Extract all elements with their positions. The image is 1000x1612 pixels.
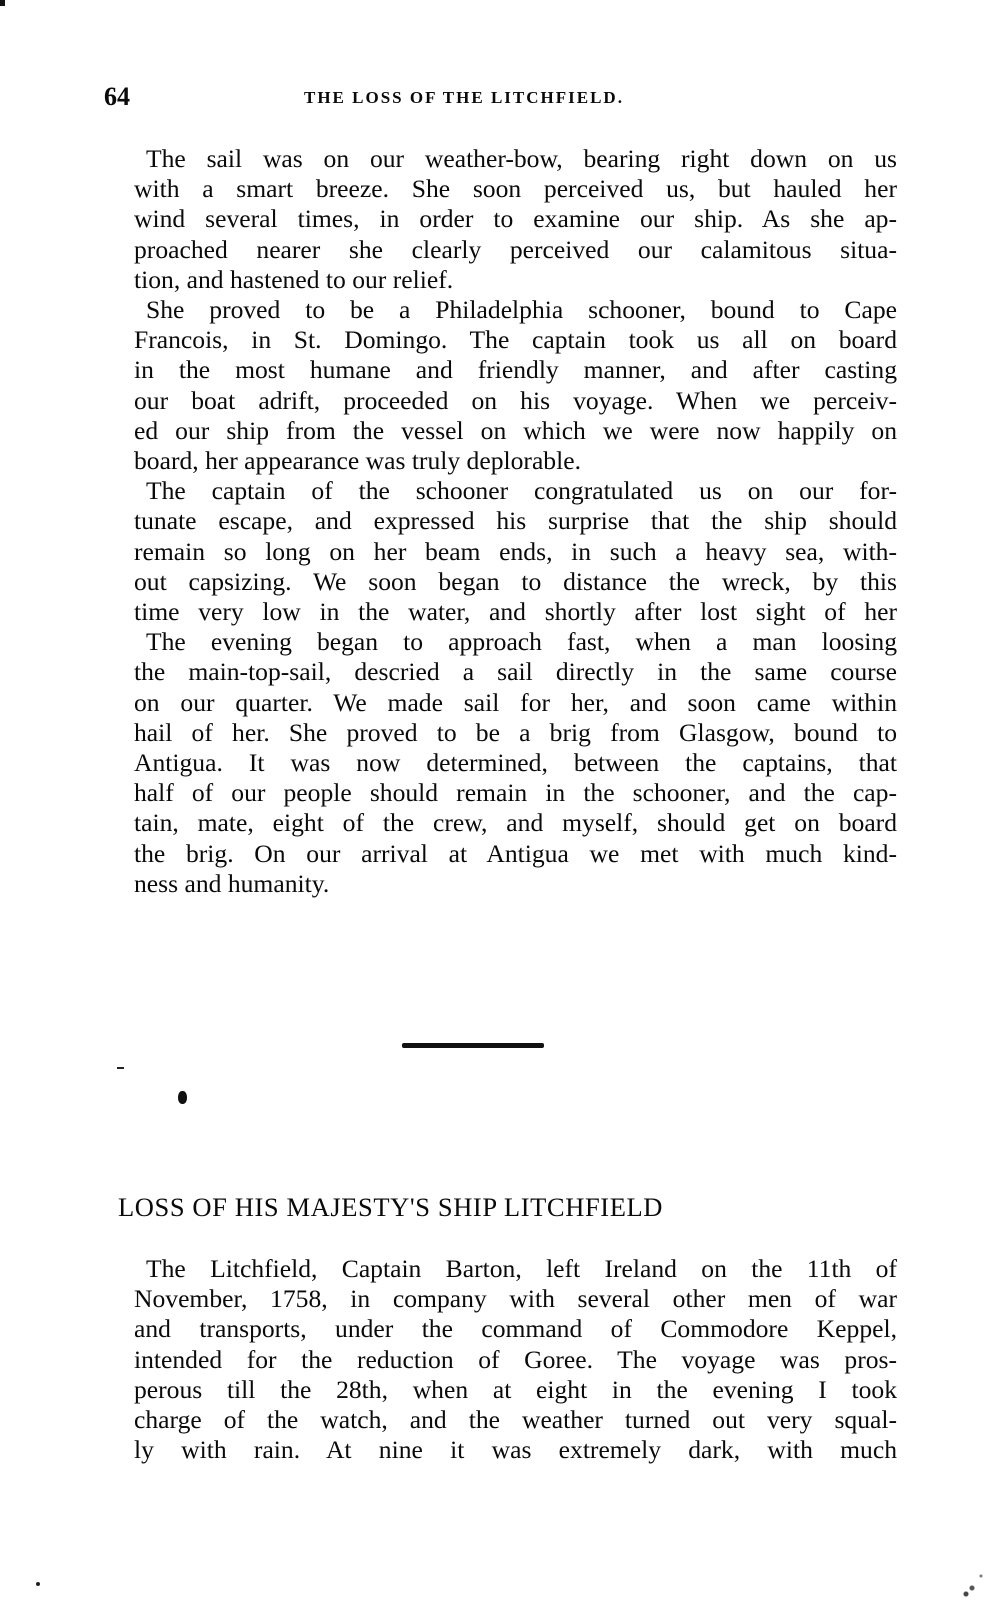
text-line: proached nearer she clearly perceived ou… — [122, 235, 897, 265]
scan-artifact — [0, 0, 5, 6]
text-line: Francois, in St. Domingo. The captain to… — [122, 325, 897, 355]
text-line: Antigua. It was now determined, between … — [122, 748, 897, 778]
text-line: in the most humane and friendly manner, … — [122, 355, 897, 385]
text-line: perous till the 28th, when at eight in t… — [122, 1375, 897, 1405]
section-divider-rule — [402, 1043, 544, 1048]
text-line: ed our ship from the vessel on which we … — [122, 416, 897, 446]
text-line: with a smart breeze. She soon perceived … — [122, 174, 897, 204]
text-line: half of our people should remain in the … — [122, 778, 897, 808]
text-line: wind several times, in order to examine … — [122, 204, 897, 234]
page-number: 64 — [104, 82, 130, 112]
running-title: THE LOSS OF THE LITCHFIELD. — [304, 88, 624, 108]
text-line: She proved to be a Philadelphia schooner… — [122, 295, 897, 325]
text-line: remain so long on her beam ends, in such… — [122, 537, 897, 567]
text-line: The Litchfield, Captain Barton, left Ire… — [122, 1254, 897, 1284]
section-2-text: The Litchfield, Captain Barton, left Ire… — [122, 1254, 897, 1465]
text-line: intended for the reduction of Goree. The… — [122, 1345, 897, 1375]
text-line: tunate escape, and expressed his surpris… — [122, 506, 897, 536]
book-page: 64 THE LOSS OF THE LITCHFIELD. The sail … — [0, 0, 1000, 1612]
text-line: time very low in the water, and shortly … — [122, 597, 897, 627]
scan-artifact — [36, 1582, 40, 1586]
text-line: The evening began to approach fast, when… — [122, 627, 897, 657]
paragraph: The captain of the schooner congratulate… — [122, 476, 897, 627]
section-1-text: The sail was on our weather-bow, bearing… — [122, 144, 897, 899]
scan-artifact — [117, 1067, 124, 1069]
text-line: the main-top-sail, descried a sail direc… — [122, 657, 897, 687]
text-line: ly with rain. At nine it was extremely d… — [122, 1435, 897, 1465]
text-line: our boat adrift, proceeded on his voyage… — [122, 386, 897, 416]
paragraph: She proved to be a Philadelphia schooner… — [122, 295, 897, 476]
paragraph: The Litchfield, Captain Barton, left Ire… — [122, 1254, 897, 1465]
scan-artifact — [178, 1091, 187, 1104]
text-line: on our quarter. We made sail for her, an… — [122, 688, 897, 718]
text-line: charge of the watch, and the weather tur… — [122, 1405, 897, 1435]
scan-artifact — [960, 1560, 990, 1600]
running-head: 64 THE LOSS OF THE LITCHFIELD. — [104, 82, 904, 112]
text-line: hail of her. She proved to be a brig fro… — [122, 718, 897, 748]
chapter-title: LOSS OF HIS MAJESTY'S SHIP LITCHFIELD — [118, 1192, 663, 1223]
text-line: The captain of the schooner congratulate… — [122, 476, 897, 506]
text-line: tion, and hastened to our relief. — [122, 265, 897, 295]
paragraph: The sail was on our weather-bow, bearing… — [122, 144, 897, 295]
text-line: board, her appearance was truly deplorab… — [122, 446, 897, 476]
text-line: tain, mate, eight of the crew, and mysel… — [122, 808, 897, 838]
text-line: and transports, under the command of Com… — [122, 1314, 897, 1344]
text-line: November, 1758, in company with several … — [122, 1284, 897, 1314]
text-line: The sail was on our weather-bow, bearing… — [122, 144, 897, 174]
text-line: out capsizing. We soon began to distance… — [122, 567, 897, 597]
text-line: the brig. On our arrival at Antigua we m… — [122, 839, 897, 869]
paragraph: The evening began to approach fast, when… — [122, 627, 897, 899]
text-line: ness and humanity. — [122, 869, 897, 899]
